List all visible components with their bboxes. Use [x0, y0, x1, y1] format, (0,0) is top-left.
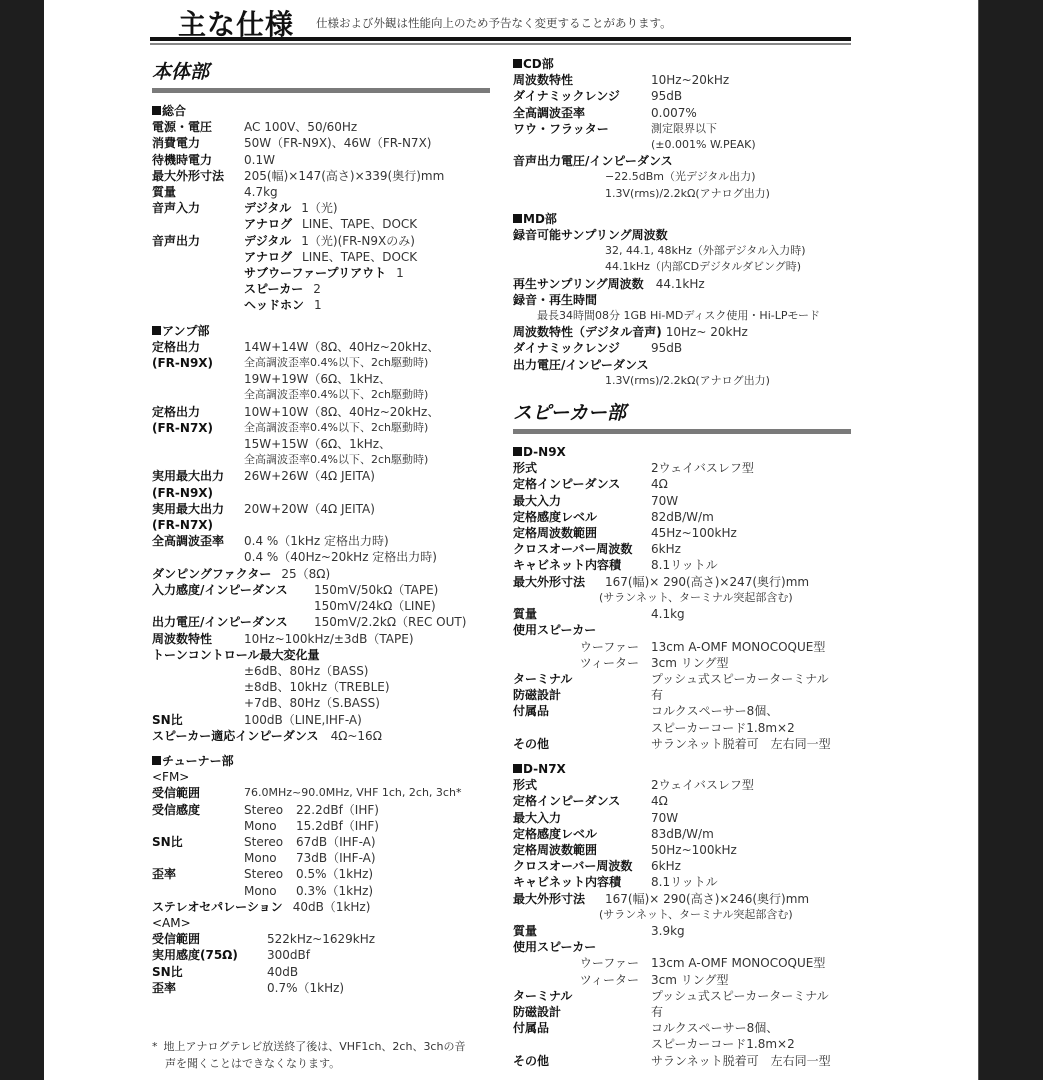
spec-row: クロスオーバー周波数6kHz	[513, 541, 853, 557]
spec-row: 音声出力デジタル1（光)(FR-N9Xのみ)	[152, 233, 492, 249]
spec-row: ±8dB、10kHz（TREBLE)	[152, 679, 492, 695]
spec-row: 付属品コルクスペーサー8個、	[513, 1020, 853, 1036]
spec-row: 音声出力電圧/インピーダンス	[513, 153, 853, 169]
spec-row: 録音可能サンプリング周波数	[513, 227, 853, 243]
section-bar	[513, 429, 851, 434]
spec-row: ウーファー13cm A-OMF MONOCOQUE型	[513, 639, 853, 655]
spec-row: 最長34時間08分 1GB Hi-MDディスク使用・Hi-LPモード	[513, 308, 853, 324]
spec-row: 形式2ウェイバスレフ型	[513, 460, 853, 476]
spec-row: (サランネット、ターミナル突起部含む)	[513, 907, 853, 923]
group-heading-general: 総合	[152, 103, 492, 119]
spec-row: (サランネット、ターミナル突起部含む)	[513, 590, 853, 606]
spec-row: 使用スピーカー	[513, 939, 853, 955]
spec-row: キャビネット内容積8.1リットル	[513, 874, 853, 890]
spec-row: 最大入力70W	[513, 493, 853, 509]
spec-row: 32, 44.1, 48kHz（外部デジタル入力時)	[513, 243, 853, 259]
spec-row: 実用最大出力20W+20W（4Ω JEITA)	[152, 501, 492, 517]
group-heading-tuner: チューナー部	[152, 753, 492, 769]
header-rule-thick	[150, 37, 851, 41]
group-heading-amp: アンプ部	[152, 323, 492, 339]
spec-row: (±0.001% W.PEAK)	[513, 137, 853, 153]
group-heading-md: MD部	[513, 211, 853, 227]
spec-row: スピーカー適応インピーダンス4Ω~16Ω	[152, 728, 492, 744]
spec-row: その他サランネット脱着可 左右同一型	[513, 736, 853, 752]
spec-row: 全高調波歪率0.4 %（1kHz 定格出力時)	[152, 533, 492, 549]
spec-row: ワウ・フラッター測定限界以下	[513, 121, 853, 137]
spec-row: 歪率Stereo0.5%（1kHz)	[152, 866, 492, 882]
spec-row: 音声入力デジタル1（光)	[152, 200, 492, 216]
spec-row: 防磁設計有	[513, 1004, 853, 1020]
spec-row: SN比100dB（LINE,IHF-A)	[152, 712, 492, 728]
spec-row: ウーファー13cm A-OMF MONOCOQUE型	[513, 955, 853, 971]
spec-row: 最大外形寸法167(幅)× 290(高さ)×246(奥行)mm	[513, 891, 853, 907]
spec-row: 定格感度レベル83dB/W/m	[513, 826, 853, 842]
spec-row: ステレオセパレーション40dB（1kHz)	[152, 899, 492, 915]
spec-row: 待機時電力0.1W	[152, 152, 492, 168]
spec-row: 電源・電圧AC 100V、50/60Hz	[152, 119, 492, 135]
spec-row: 質量4.7kg	[152, 184, 492, 200]
square-bullet-icon	[513, 214, 522, 223]
spec-row: 形式2ウェイバスレフ型	[513, 777, 853, 793]
square-bullet-icon	[513, 764, 522, 773]
spec-row: 付属品コルクスペーサー8個、	[513, 703, 853, 719]
spec-row: 質量3.9kg	[513, 923, 853, 939]
spec-row: SN比Stereo67dB（IHF-A)	[152, 834, 492, 850]
spec-row: ダンピングファクター25（8Ω)	[152, 566, 492, 582]
spec-row: ターミナルプッシュ式スピーカーターミナル	[513, 988, 853, 1004]
square-bullet-icon	[513, 59, 522, 68]
spec-row: 1.3V(rms)/2.2kΩ(アナログ出力)	[513, 186, 853, 202]
spec-row: 受信範囲76.0MHz~90.0MHz, VHF 1ch, 2ch, 3ch*	[152, 785, 492, 801]
spec-row: 定格出力14W+14W（8Ω、40Hz~20kHz、	[152, 339, 492, 355]
spec-row: 周波数特性10Hz~20kHz	[513, 72, 853, 88]
spec-row: SN比40dB	[152, 964, 492, 980]
spec-row: 最大外形寸法205(幅)×147(高さ)×339(奥行)mm	[152, 168, 492, 184]
spec-row: ±6dB、80Hz（BASS)	[152, 663, 492, 679]
cd-md-speaker-column: CD部 周波数特性10Hz~20kHz ダイナミックレンジ95dB 全高調波歪率…	[513, 56, 853, 1069]
footnote-mark: *	[456, 785, 462, 801]
spec-row: ツィーター3cm リング型	[513, 972, 853, 988]
spec-row: 15W+15W（6Ω、1kHz、	[152, 436, 492, 452]
square-bullet-icon	[513, 447, 522, 456]
section-heading-main-unit: 本体部	[152, 60, 492, 84]
spec-row: (FR-N9X)	[152, 485, 492, 501]
spec-row: トーンコントロール最大変化量	[152, 647, 492, 663]
spec-row: (FR-N7X)	[152, 517, 492, 533]
spec-row: 44.1kHz（内部CDデジタルダビング時)	[513, 259, 853, 275]
spec-row: 定格周波数範囲45Hz~100kHz	[513, 525, 853, 541]
spec-row: 150mV/24kΩ（LINE)	[152, 598, 492, 614]
spec-row: 使用スピーカー	[513, 622, 853, 638]
spec-row: 受信感度Stereo22.2dBf（IHF)	[152, 802, 492, 818]
spec-row: 受信範囲522kHz~1629kHz	[152, 931, 492, 947]
spec-row: 最大外形寸法167(幅)× 290(高さ)×247(奥行)mm	[513, 574, 853, 590]
spec-row: 全高調波歪率0.4%以下、2ch駆動時)	[152, 387, 492, 403]
spec-row: +7dB、80Hz（S.BASS)	[152, 695, 492, 711]
spec-row: 全高調波歪率0.007%	[513, 105, 853, 121]
dark-margin-left	[0, 0, 44, 1080]
footnote: *地上アナログテレビ放送終了後は、VHF1ch、2ch、3chの音 声を聞くこと…	[152, 1038, 497, 1072]
spec-row: 定格インピーダンス4Ω	[513, 476, 853, 492]
dark-margin-right	[978, 0, 1043, 1080]
group-heading-d-n7x: D-N7X	[513, 761, 853, 777]
spec-row: 録音・再生時間	[513, 292, 853, 308]
spec-row: スピーカー2	[152, 281, 492, 297]
spec-row: その他サランネット脱着可 左右同一型	[513, 1053, 853, 1069]
spec-row: 実用感度(75Ω)300dBf	[152, 947, 492, 963]
spec-row: アナログLINE、TAPE、DOCK	[152, 216, 492, 232]
spec-row: 出力電圧/インピーダンス	[513, 357, 853, 373]
spec-row: 定格出力10W+10W（8Ω、40Hz~20kHz、	[152, 404, 492, 420]
spec-row: Mono0.3%（1kHz)	[152, 883, 492, 899]
spec-row: ターミナルプッシュ式スピーカーターミナル	[513, 671, 853, 687]
spec-row: ダイナミックレンジ95dB	[513, 340, 853, 356]
spec-row: ヘッドホン1	[152, 297, 492, 313]
page-subtitle: 仕様および外観は性能向上のため予告なく変更することがあります。	[316, 15, 672, 31]
square-bullet-icon	[152, 106, 161, 115]
spec-row: Mono73dB（IHF-A)	[152, 850, 492, 866]
spec-row: 1.3V(rms)/2.2kΩ(アナログ出力)	[513, 373, 853, 389]
spec-row: 再生サンプリング周波数44.1kHz	[513, 276, 853, 292]
band-label-fm: <FM>	[152, 769, 492, 785]
spec-row: (FR-N7X)全高調波歪率0.4%以下、2ch駆動時)	[152, 420, 492, 436]
spec-row: 歪率0.7%（1kHz)	[152, 980, 492, 996]
main-unit-column: 本体部 総合 電源・電圧AC 100V、50/60Hz 消費電力50W（FR-N…	[152, 58, 492, 996]
spec-row: (FR-N9X)全高調波歪率0.4%以下、2ch駆動時)	[152, 355, 492, 371]
spec-row: 入力感度/インピーダンス150mV/50kΩ（TAPE)	[152, 582, 492, 598]
square-bullet-icon	[152, 326, 161, 335]
spec-row: 定格インピーダンス4Ω	[513, 793, 853, 809]
spec-row: 周波数特性10Hz~100kHz/±3dB（TAPE)	[152, 631, 492, 647]
spec-row: −22.5dBm（光デジタル出力)	[513, 169, 853, 185]
spec-row: 定格感度レベル82dB/W/m	[513, 509, 853, 525]
group-heading-cd: CD部	[513, 56, 853, 72]
spec-row: ダイナミックレンジ95dB	[513, 88, 853, 104]
spec-row: 消費電力50W（FR-N9X)、46W（FR-N7X)	[152, 135, 492, 151]
spec-row: 出力電圧/インピーダンス150mV/2.2kΩ（REC OUT)	[152, 614, 492, 630]
spec-row: 全高調波歪率0.4%以下、2ch駆動時)	[152, 452, 492, 468]
section-heading-speaker: スピーカー部	[513, 401, 853, 425]
band-label-am: <AM>	[152, 915, 492, 931]
spec-row: クロスオーバー周波数6kHz	[513, 858, 853, 874]
spec-row: 最大入力70W	[513, 810, 853, 826]
section-bar	[152, 88, 490, 93]
spec-row: Mono15.2dBf（IHF)	[152, 818, 492, 834]
spec-row: 実用最大出力26W+26W（4Ω JEITA)	[152, 468, 492, 484]
spec-row: 周波数特性（デジタル音声)10Hz~ 20kHz	[513, 324, 853, 340]
group-heading-d-n9x: D-N9X	[513, 444, 853, 460]
spec-row: アナログLINE、TAPE、DOCK	[152, 249, 492, 265]
spec-row: サブウーファープリアウト1	[152, 265, 492, 281]
spec-row: 19W+19W（6Ω、1kHz、	[152, 371, 492, 387]
spec-row: 0.4 %（40Hz~20kHz 定格出力時)	[152, 549, 492, 565]
spec-row: 質量4.1kg	[513, 606, 853, 622]
asterisk-icon: *	[152, 1040, 158, 1053]
header-rule-thin	[150, 43, 851, 45]
spec-row: キャビネット内容積8.1リットル	[513, 557, 853, 573]
square-bullet-icon	[152, 756, 161, 765]
spec-row: スピーカーコード1.8m×2	[513, 1036, 853, 1052]
spec-row: 定格周波数範囲50Hz~100kHz	[513, 842, 853, 858]
spec-row: ツィーター3cm リング型	[513, 655, 853, 671]
spec-row: 防磁設計有	[513, 687, 853, 703]
spec-row: スピーカーコード1.8m×2	[513, 720, 853, 736]
